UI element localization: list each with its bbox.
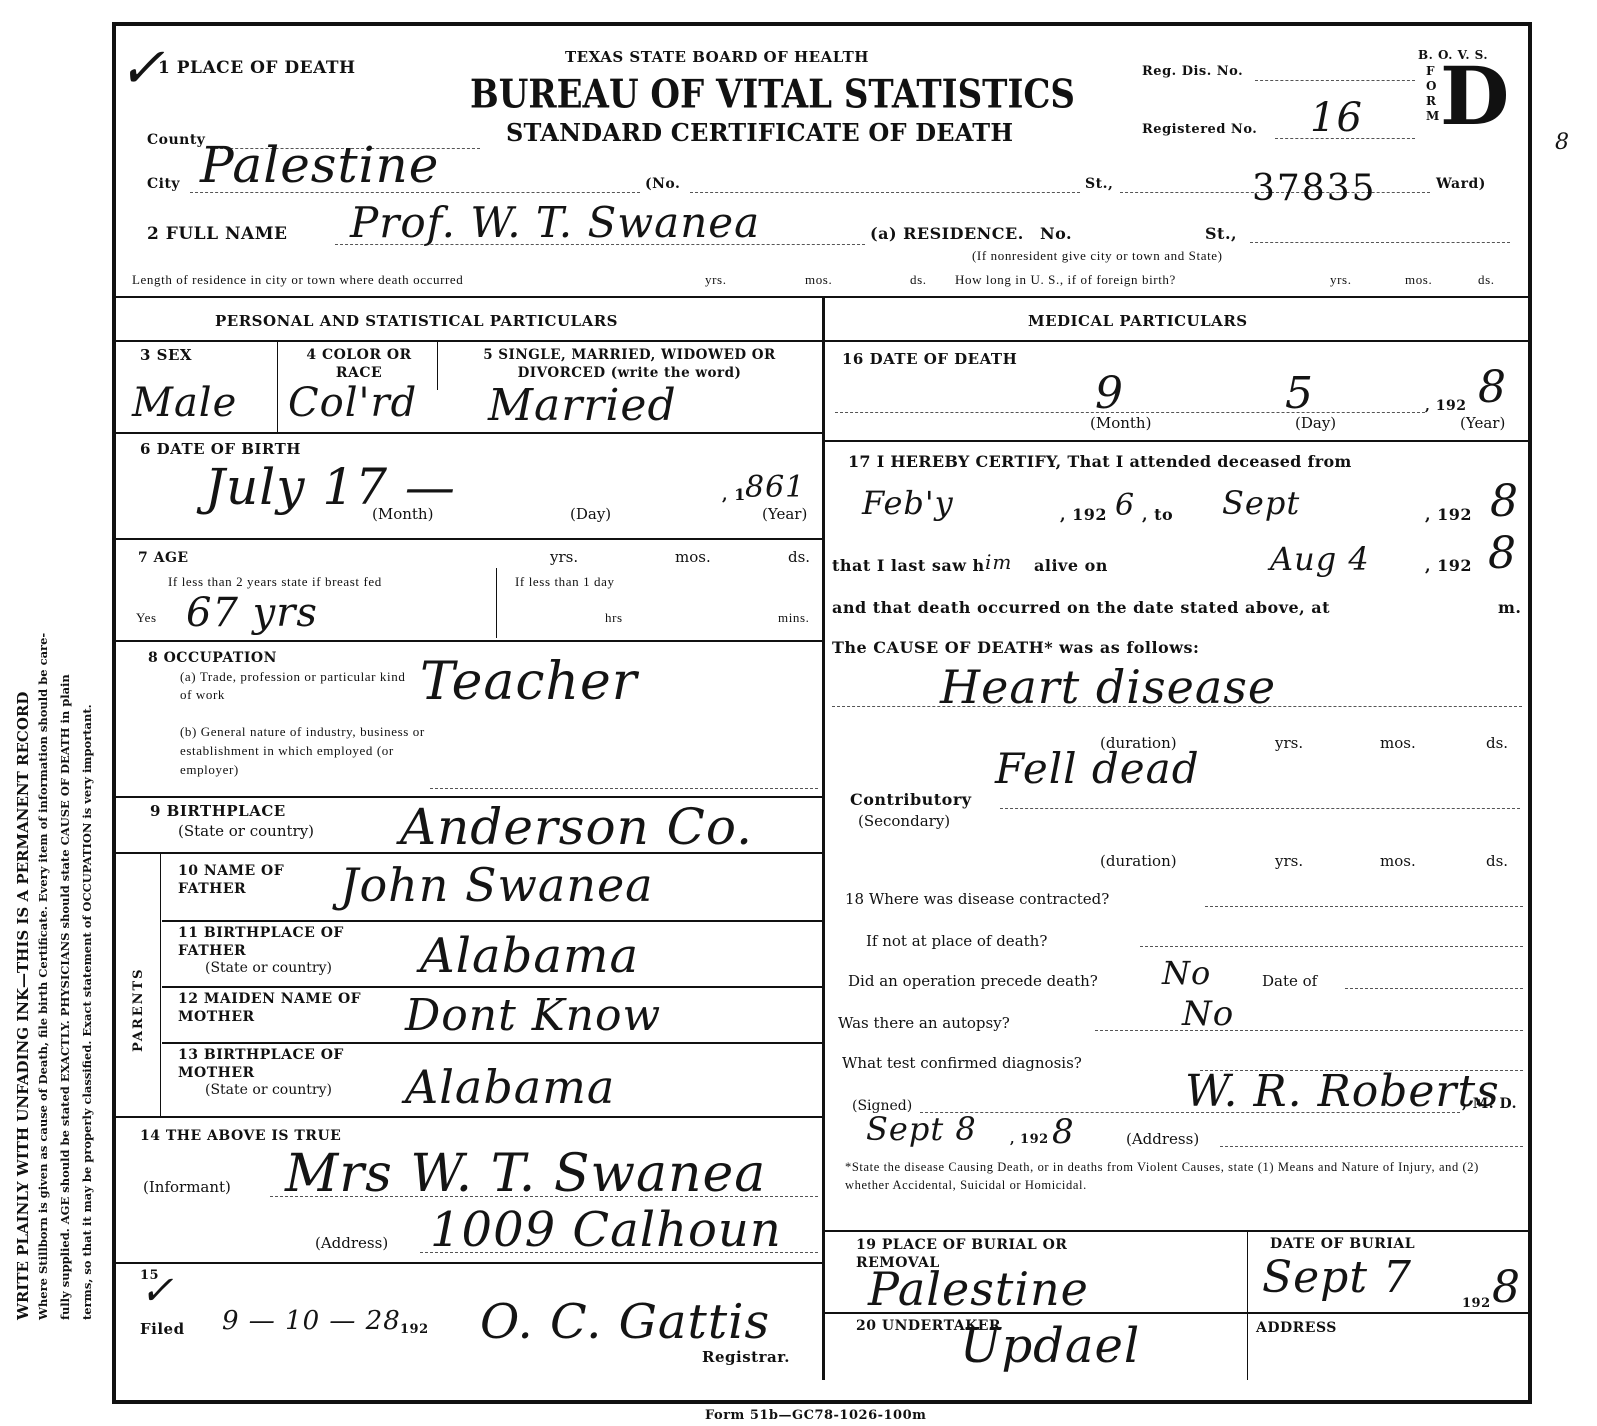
last-saw-him: im xyxy=(985,550,1012,574)
signed-field[interactable] xyxy=(920,1112,1460,1113)
attended-to-year-prefix: , 192 xyxy=(1425,505,1472,524)
above-true-label: 14 THE ABOVE IS TRUE xyxy=(140,1128,341,1144)
burial-year-value: 8 xyxy=(1492,1262,1521,1313)
dob-label: 6 DATE OF BIRTH xyxy=(140,440,301,458)
duration-label-2: (duration) xyxy=(1100,852,1177,870)
age-yrs-label: yrs. xyxy=(550,548,578,566)
cause-field[interactable] xyxy=(832,706,1522,707)
length-mos-label: mos. xyxy=(805,272,832,288)
age-label: 7 AGE xyxy=(138,550,189,566)
divider xyxy=(277,340,278,432)
duration-yrs-1: yrs. xyxy=(1275,734,1303,752)
filed-year-label: 192 xyxy=(400,1322,429,1337)
birthplace-label: 9 BIRTHPLACE xyxy=(150,802,286,820)
foreign-label: How long in U. S., if of foreign birth? xyxy=(955,272,1176,288)
md-label: , M. D. xyxy=(1462,1096,1517,1112)
reg-dis-label: Reg. Dis. No. xyxy=(1142,64,1243,79)
dod-day-label: (Day) xyxy=(1295,414,1336,432)
undertaker-value: Updael xyxy=(960,1318,1140,1374)
mother-name-value: Dont Know xyxy=(405,990,661,1041)
father-birthplace-sub: (State or country) xyxy=(205,960,332,976)
dod-month-value: 9 xyxy=(1095,368,1124,419)
divider xyxy=(116,432,822,434)
test-label: What test confirmed diagnosis? xyxy=(842,1054,1082,1072)
date-of-label: Date of xyxy=(1262,972,1317,990)
address-field[interactable] xyxy=(420,1252,818,1253)
dob-month-label: (Month) xyxy=(372,505,433,523)
secondary-label: (Secondary) xyxy=(858,812,950,830)
q18-where-field[interactable] xyxy=(1205,906,1523,907)
occupation-b-label: (b) General nature of industry, business… xyxy=(180,722,450,779)
duration-mos-2: mos. xyxy=(1380,852,1416,870)
autopsy-field[interactable] xyxy=(1095,1030,1523,1031)
st-label: St., xyxy=(1085,176,1113,192)
dob-year-value: 861 xyxy=(745,470,805,505)
autopsy-label: Was there an autopsy? xyxy=(838,1014,1010,1032)
dod-month-label: (Month) xyxy=(1090,414,1151,432)
divider xyxy=(824,1230,1528,1232)
mins-label: mins. xyxy=(778,610,810,626)
operation-label: Did an operation precede death? xyxy=(848,972,1098,990)
filed-check-icon: ✓ xyxy=(140,1268,175,1314)
contributory-field[interactable] xyxy=(1000,808,1520,809)
occupation-label: 8 OCCUPATION xyxy=(148,650,277,666)
registered-label: Registered No. xyxy=(1142,122,1257,137)
father-birthplace-label: 11 BIRTHPLACE OF FATHER xyxy=(178,924,378,960)
length-ds-label: ds. xyxy=(910,272,927,288)
duration-ds-1: ds. xyxy=(1486,734,1508,752)
bureau-title: BUREAU OF VITAL STATISTICS xyxy=(470,72,1075,118)
burial-date-value: Sept 7 xyxy=(1262,1252,1412,1303)
filed-value: 9 — 10 — 28 xyxy=(222,1306,401,1336)
last-saw-year-prefix: , 192 xyxy=(1425,556,1472,575)
less-than-day-label: If less than 1 day xyxy=(515,574,615,590)
signed-date-value: Sept 8 xyxy=(866,1110,977,1148)
physician-signature: W. R. Roberts xyxy=(1185,1066,1500,1117)
birthplace-value: Anderson Co. xyxy=(400,798,753,856)
occupation-b-field[interactable] xyxy=(430,788,818,789)
dob-day-label: (Day) xyxy=(570,505,611,523)
address-label: (Address) xyxy=(315,1234,388,1252)
autopsy-value: No xyxy=(1182,994,1234,1034)
medical-section-title: MEDICAL PARTICULARS xyxy=(1028,312,1248,330)
sidebar-line-3: fully supplied. AGE should be stated EXA… xyxy=(58,674,72,1320)
occupation-a-value: Teacher xyxy=(420,652,638,712)
mother-birthplace-value: Alabama xyxy=(405,1060,615,1114)
no-field-line xyxy=(690,192,1080,193)
dod-year-prefix: , 192 xyxy=(1425,398,1466,414)
form-d-letter: D xyxy=(1440,48,1510,144)
to-label: , to xyxy=(1142,505,1173,524)
father-name-value: John Swanea xyxy=(340,858,654,912)
divider xyxy=(116,1262,822,1264)
length-yrs-label: yrs. xyxy=(705,272,727,288)
registrar-label: Registrar. xyxy=(702,1348,790,1366)
divider xyxy=(824,1312,1528,1314)
divider xyxy=(162,1042,822,1044)
age-value: 67 yrs xyxy=(186,590,318,636)
burial-place-value: Palestine xyxy=(868,1262,1089,1316)
attended-from-value: Feb'y xyxy=(862,484,954,522)
divider xyxy=(162,920,822,922)
physician-address-label: (Address) xyxy=(1126,1130,1199,1148)
full-name-label: 2 FULL NAME xyxy=(147,224,287,244)
burial-date-label: DATE OF BURIAL xyxy=(1270,1236,1415,1252)
informant-value: Mrs W. T. Swanea xyxy=(285,1144,766,1204)
physician-address-field[interactable] xyxy=(1220,1146,1523,1147)
breast-fed-label: If less than 2 years state if breast fed xyxy=(168,574,382,590)
city-label: City xyxy=(147,176,180,192)
mother-name-label: 12 MAIDEN NAME OF MOTHER xyxy=(178,990,388,1026)
divider xyxy=(437,340,438,390)
nonresident-note: (If nonresident give city or town and St… xyxy=(972,248,1223,264)
place-of-death-label: 1 PLACE OF DEATH xyxy=(158,58,356,78)
date-of-field[interactable] xyxy=(1345,988,1523,989)
yes-label: Yes xyxy=(136,610,157,626)
operation-value: No xyxy=(1162,954,1211,992)
sidebar-line-4: terms, so that it may be properly classi… xyxy=(80,704,94,1320)
occurred-text: and that death occurred on the date stat… xyxy=(832,598,1330,617)
father-name-label: 10 NAME OF FATHER xyxy=(178,862,328,898)
sex-value: Male xyxy=(132,380,237,426)
reg-dis-field[interactable] xyxy=(1255,80,1415,81)
contributory-value: Fell dead xyxy=(995,744,1200,793)
attended-to-value: Sept xyxy=(1222,484,1300,522)
foreign-mos-label: mos. xyxy=(1405,272,1432,288)
dob-year-prefix: , 1 xyxy=(722,485,746,504)
mother-birthplace-sub: (State or country) xyxy=(205,1082,332,1098)
hrs-label: hrs xyxy=(605,610,623,626)
duration-ds-2: ds. xyxy=(1486,852,1508,870)
marital-label: 5 SINGLE, MARRIED, WIDOWED OR DIVORCED (… xyxy=(442,346,817,382)
divider xyxy=(496,568,497,638)
dod-year-label: (Year) xyxy=(1460,414,1505,432)
last-saw-value: Aug 4 xyxy=(1270,540,1370,578)
parents-vertical-label: PARENTS xyxy=(131,967,146,1052)
attended-from-year-value: 6 xyxy=(1115,488,1135,523)
burial-year-prefix: 192 xyxy=(1462,1296,1491,1311)
attended-to-year-value: 8 xyxy=(1490,476,1519,527)
age-mos-label: mos. xyxy=(675,548,711,566)
filed-label: Filed xyxy=(140,1320,185,1338)
ward-label: Ward) xyxy=(1436,176,1486,192)
no-label: (No. xyxy=(645,176,680,192)
dod-year-value: 8 xyxy=(1478,362,1507,413)
personal-section-title: PERSONAL AND STATISTICAL PARTICULARS xyxy=(215,312,618,330)
q18-not-at-field[interactable] xyxy=(1140,946,1523,947)
margin-note: 8 xyxy=(1555,130,1570,155)
race-label: 4 COLOR OR RACE xyxy=(284,346,434,382)
dob-year-label: (Year) xyxy=(762,505,807,523)
divider xyxy=(824,340,1528,342)
marital-value: Married xyxy=(488,380,677,431)
m-label: m. xyxy=(1498,598,1522,617)
last-saw-year-value: 8 xyxy=(1488,528,1517,579)
foreign-ds-label: ds. xyxy=(1478,272,1495,288)
registrar-signature: O. C. Gattis xyxy=(480,1294,770,1350)
birthplace-sub: (State or country) xyxy=(178,822,314,840)
q18-not-at-label: If not at place of death? xyxy=(866,932,1047,950)
divider xyxy=(116,852,822,854)
alive-on-label: alive on xyxy=(1034,556,1108,575)
sex-label: 3 SEX xyxy=(140,346,192,364)
address-value: 1009 Calhoun xyxy=(430,1202,782,1258)
informant-label: (Informant) xyxy=(143,1178,231,1196)
residence-st-label: St., xyxy=(1205,224,1237,243)
divider xyxy=(824,440,1528,442)
city-value: Palestine xyxy=(200,136,439,194)
footnote: *State the disease Causing Death, or in … xyxy=(845,1158,1525,1194)
divider xyxy=(116,640,822,642)
q18-where-label: 18 Where was disease contracted? xyxy=(845,890,1109,908)
cause-label: The CAUSE OF DEATH* was as follows: xyxy=(832,638,1199,657)
father-birthplace-value: Alabama xyxy=(420,928,639,984)
occupation-a-label: (a) Trade, profession or particular kind… xyxy=(180,668,410,704)
informant-field[interactable] xyxy=(270,1196,818,1197)
full-name-value: Prof. W. T. Swanea xyxy=(350,198,760,247)
mother-birthplace-label: 13 BIRTHPLACE OF MOTHER xyxy=(178,1046,378,1082)
divider xyxy=(116,1116,822,1118)
residence-no-label: No. xyxy=(1040,224,1072,243)
dod-day-value: 5 xyxy=(1285,368,1314,419)
divider xyxy=(1247,1232,1248,1380)
board-title: TEXAS STATE BOARD OF HEALTH xyxy=(565,48,869,66)
form-vertical-label: F O R M xyxy=(1426,64,1438,124)
sidebar-line-1: WRITE PLAINLY WITH UNFADING INK—THIS IS … xyxy=(14,692,32,1320)
signed-year-prefix: , 192 xyxy=(1010,1132,1049,1147)
race-value: Col'rd xyxy=(288,380,417,426)
attended-from-year-prefix: , 192 xyxy=(1060,505,1107,524)
last-saw-label: that I last saw h xyxy=(832,556,985,575)
county-label: County xyxy=(147,132,205,148)
age-ds-label: ds. xyxy=(788,548,810,566)
foreign-yrs-label: yrs. xyxy=(1330,272,1352,288)
divider xyxy=(116,340,822,342)
undertaker-address-label: ADDRESS xyxy=(1256,1320,1337,1336)
dod-label: 16 DATE OF DEATH xyxy=(842,350,1017,368)
signed-year-value: 8 xyxy=(1052,1112,1075,1152)
divider xyxy=(116,538,822,540)
divider-center xyxy=(822,298,825,1380)
form-code: Form 51b—GC78-1026-100m xyxy=(705,1408,926,1423)
duration-yrs-2: yrs. xyxy=(1275,852,1303,870)
registered-value: 16 xyxy=(1310,95,1363,141)
stamp-number: 37835 xyxy=(1252,168,1377,209)
duration-mos-1: mos. xyxy=(1380,734,1416,752)
residence-field[interactable] xyxy=(1250,242,1510,243)
certificate-title: STANDARD CERTIFICATE OF DEATH xyxy=(506,118,1013,147)
sidebar-line-2: Where Stillborn is given as cause of Dea… xyxy=(36,633,50,1320)
contributory-label: Contributory xyxy=(850,790,972,809)
divider xyxy=(162,986,822,988)
length-residence-label: Length of residence in city or town wher… xyxy=(132,272,463,288)
divider xyxy=(160,854,161,1116)
certify-text: 17 I HEREBY CERTIFY, That I attended dec… xyxy=(848,452,1352,471)
residence-label: (a) RESIDENCE. xyxy=(870,224,1024,243)
dod-field[interactable] xyxy=(835,412,1425,413)
